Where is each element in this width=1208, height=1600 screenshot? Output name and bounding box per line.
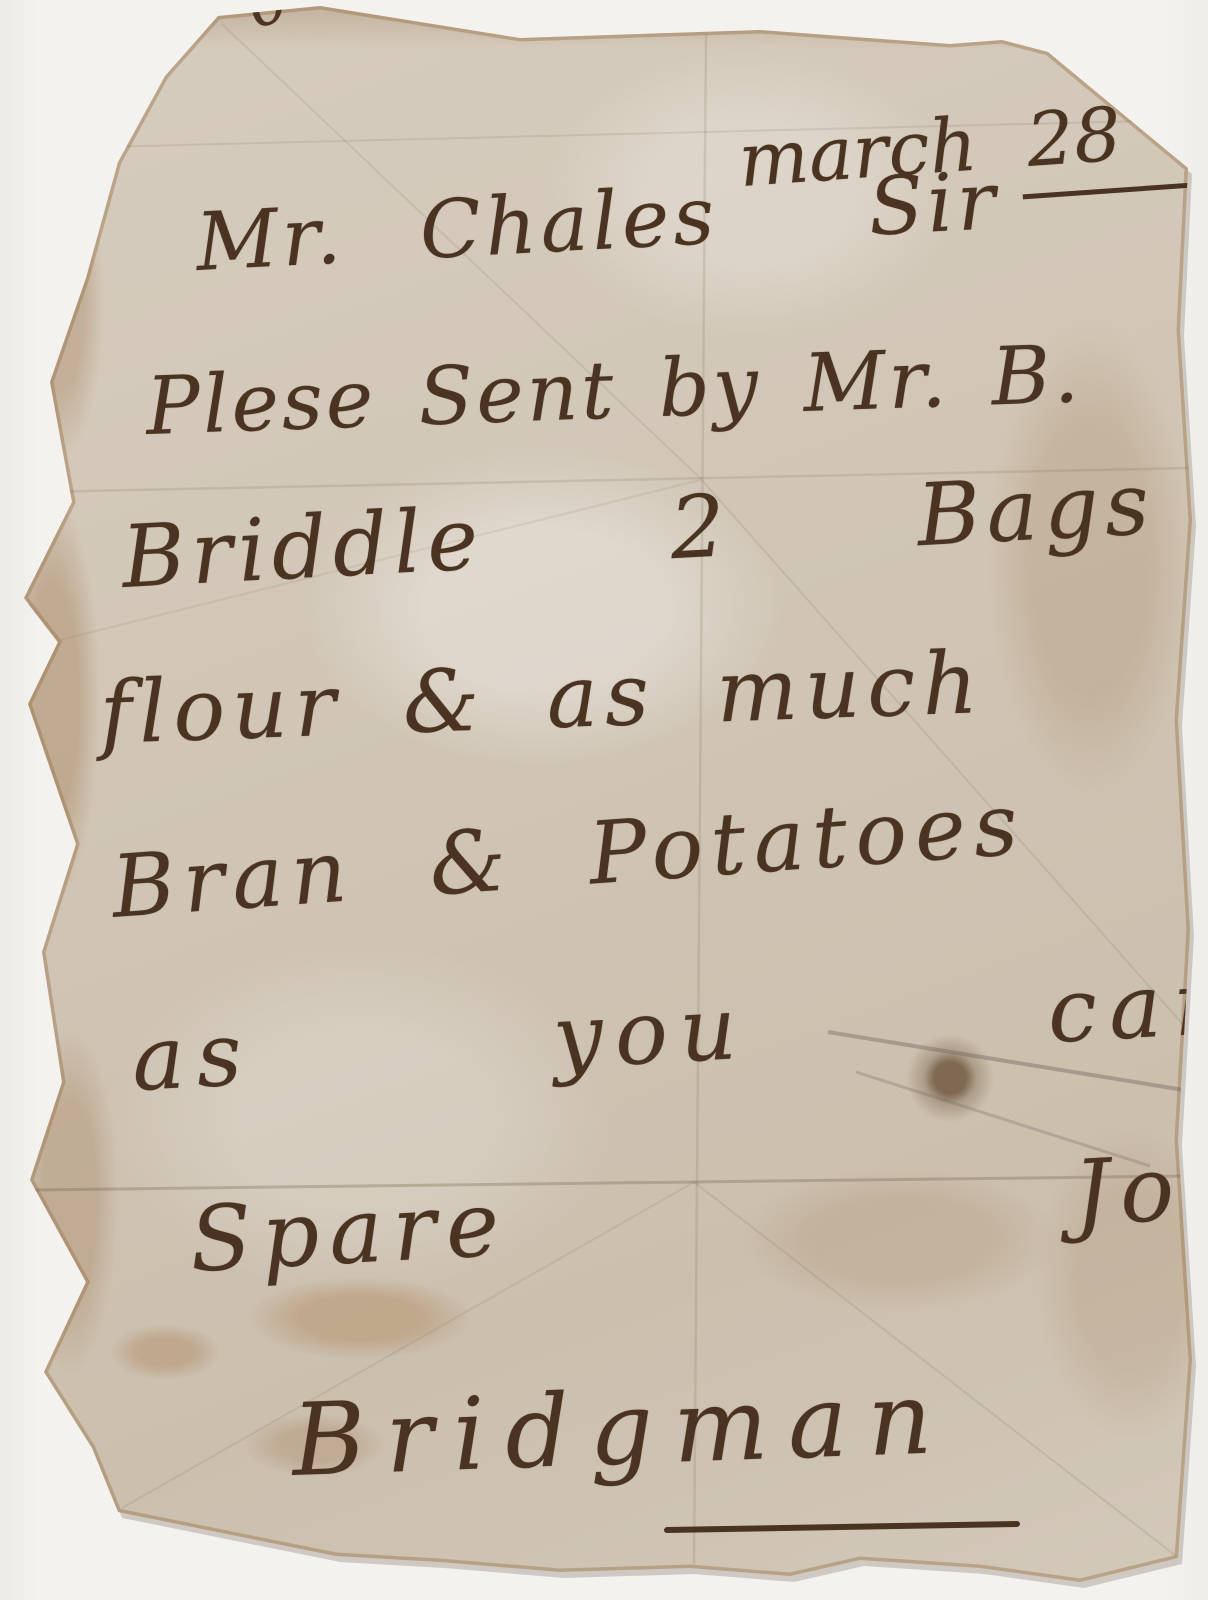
signature-underline <box>664 1521 1020 1533</box>
handwriting-line-bran-potatoes: Bran & Potatoes <box>109 774 1029 938</box>
handwriting-line-flour: flour & as much <box>98 633 986 764</box>
date-day: 28 <box>1016 78 1208 199</box>
ink-flourish-mark: 0’ <box>237 0 322 44</box>
handwriting-line-request: Plese Sent by Mr. B. <box>144 327 1083 453</box>
handwriting-line-spare-joseph: Spare Joseph <box>187 1123 1208 1293</box>
letter-paper: 0’ march28 Mr. Chales Sir Plese Sent by … <box>0 0 1208 1600</box>
handwriting-line-bags: Briddle 2 Bags <box>119 454 1157 608</box>
handwriting-line-as-you-can: as you can <box>129 950 1208 1111</box>
scanner-background: 0’ march28 Mr. Chales Sir Plese Sent by … <box>0 0 1208 1600</box>
signature-line: Bridgman <box>290 1359 954 1499</box>
